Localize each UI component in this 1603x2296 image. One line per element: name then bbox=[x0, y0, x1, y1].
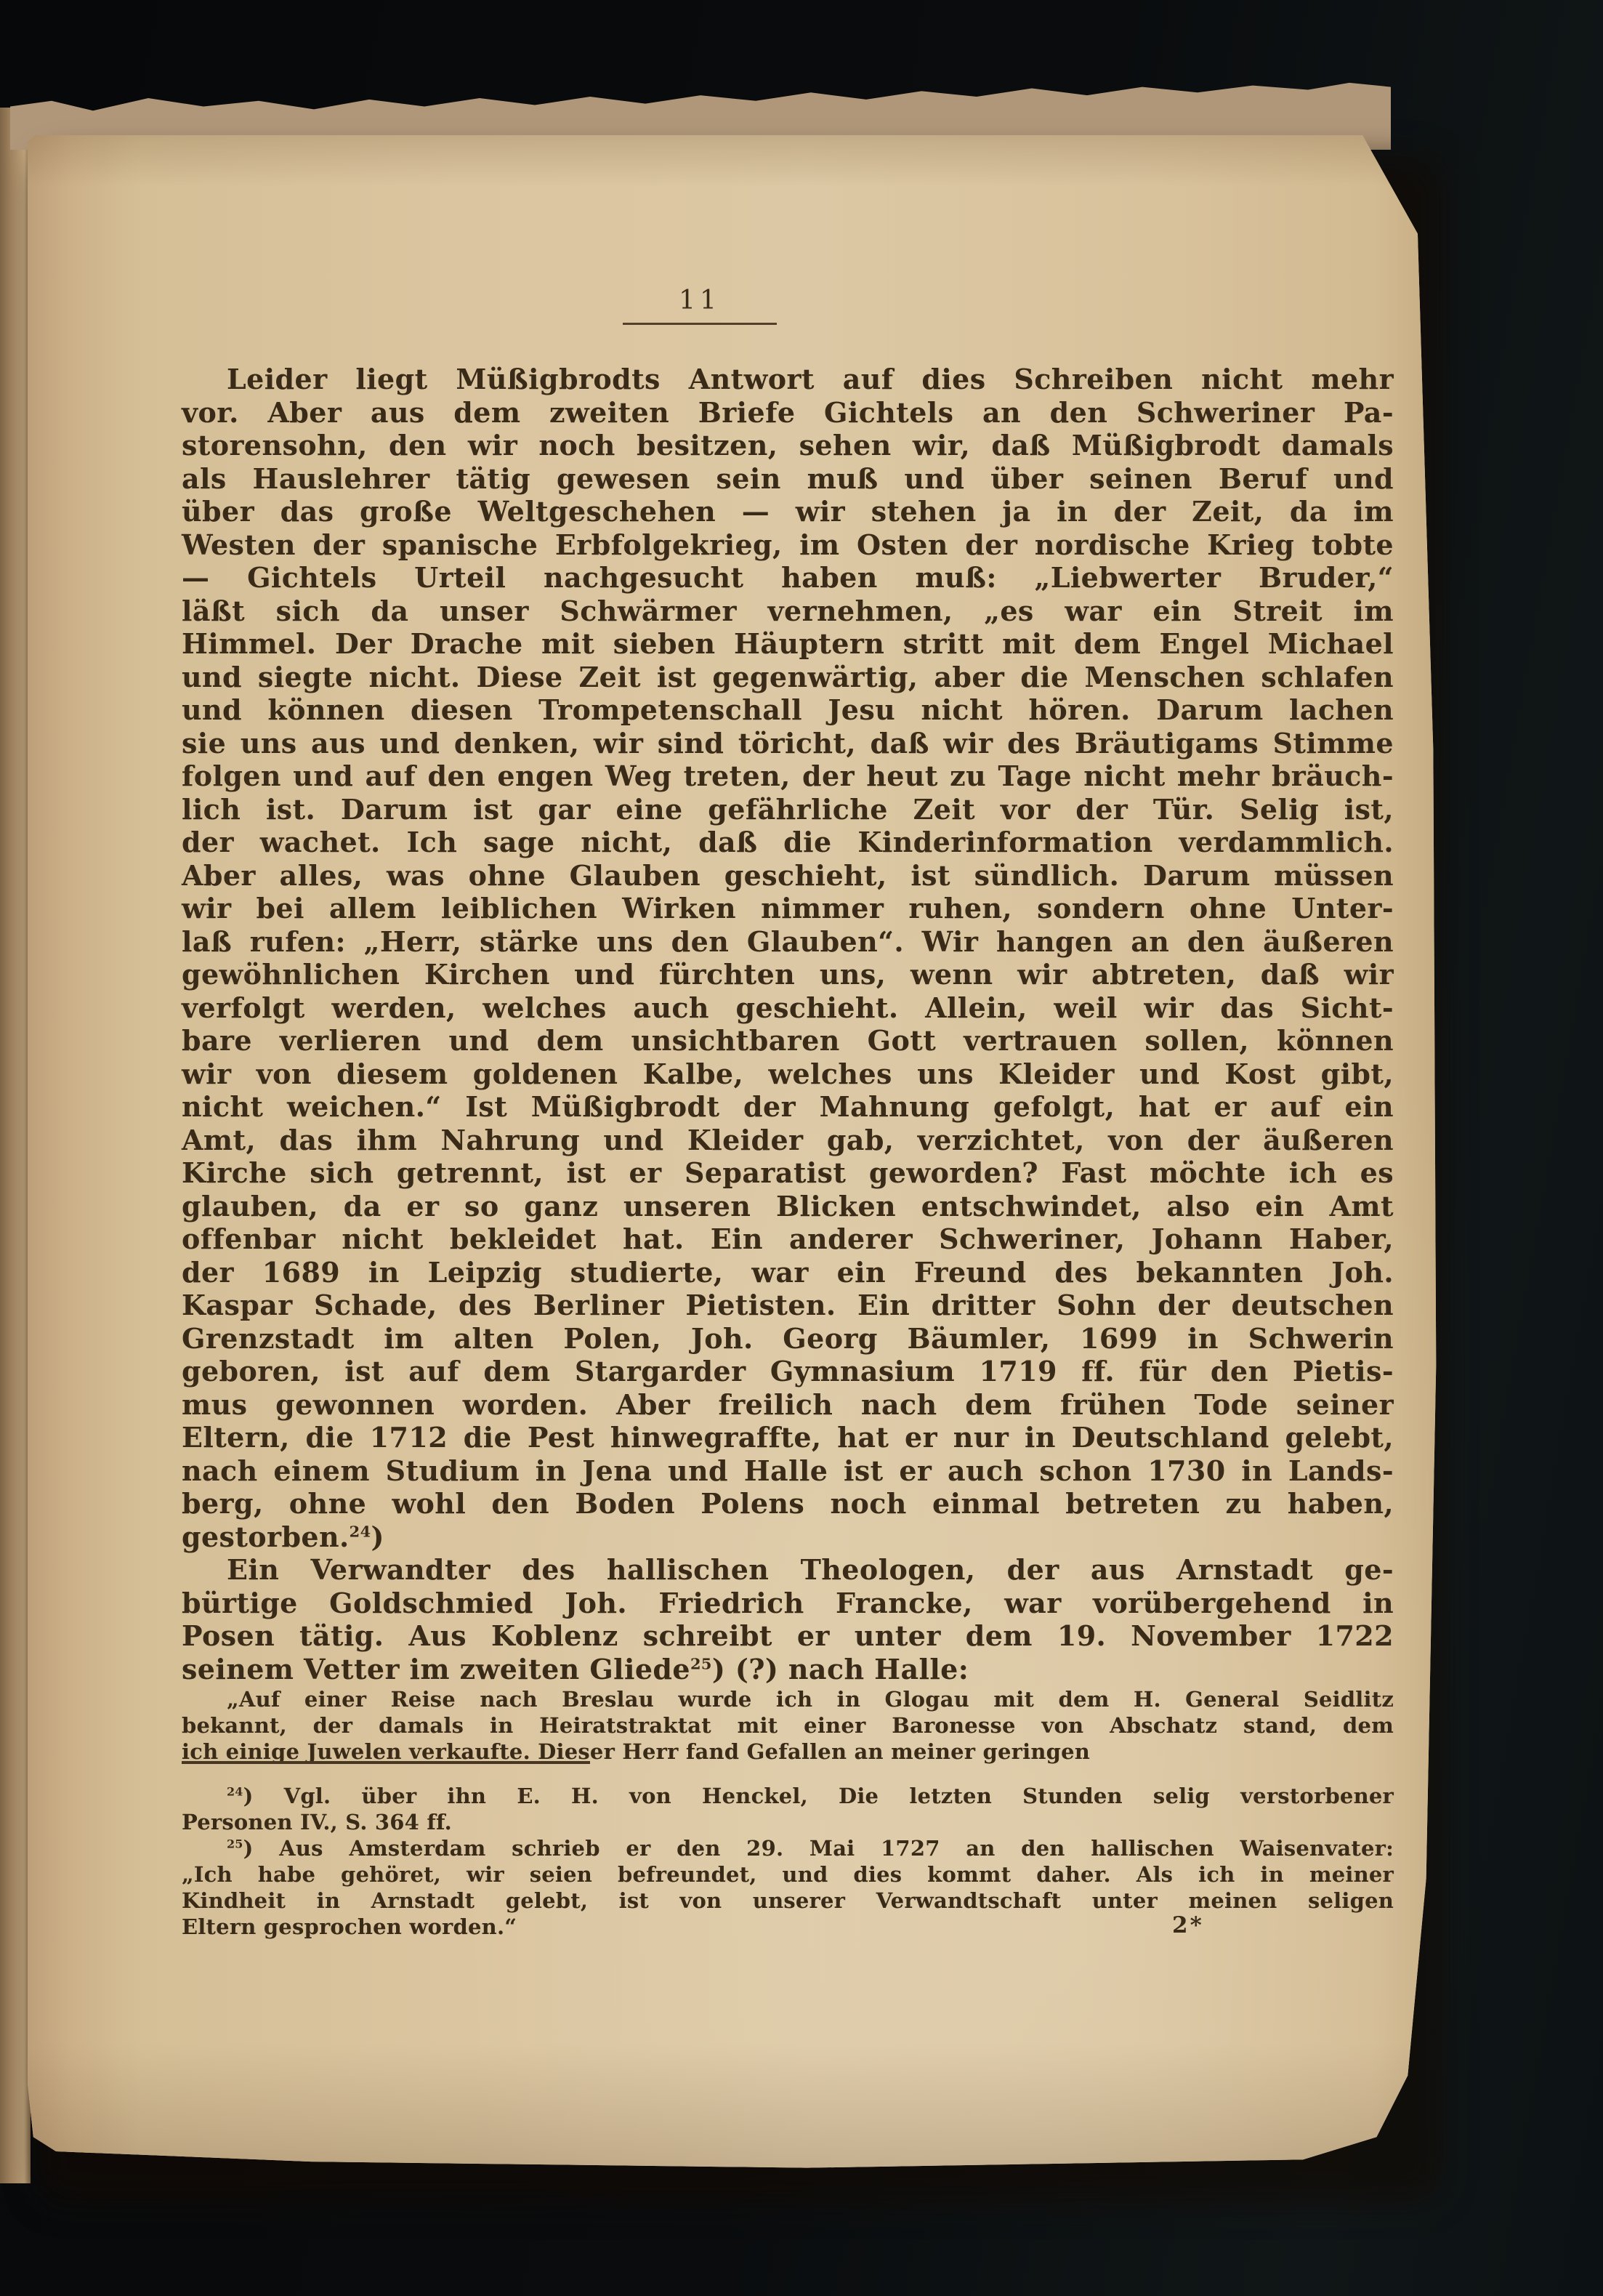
text-line: Eltern gesprochen worden.“ bbox=[182, 1914, 1394, 1940]
footnote-24: 24) Vgl. über ihn E. H. von Henckel, Die… bbox=[182, 1783, 1394, 1835]
text-line: glauben, da er so ganz unseren Blicken e… bbox=[182, 1190, 1394, 1223]
signature-mark: 2* bbox=[1172, 1912, 1204, 1938]
footnote-reference: 24 bbox=[227, 1784, 243, 1798]
text-line: lich ist. Darum ist gar eine gefährliche… bbox=[182, 793, 1394, 826]
footnote-reference: 25 bbox=[690, 1654, 712, 1672]
text-line: berg, ohne wohl den Boden Polens noch ei… bbox=[182, 1487, 1394, 1520]
text-line: „Auf einer Reise nach Breslau wurde ich … bbox=[182, 1686, 1394, 1712]
text-line: Posen tätig. Aus Koblenz schreibt er unt… bbox=[182, 1619, 1394, 1653]
text-line: Personen IV., S. 364 ff. bbox=[182, 1809, 1394, 1835]
footnote-reference: 25 bbox=[227, 1837, 243, 1850]
text-line: über das große Weltgeschehen — wir stehe… bbox=[182, 495, 1394, 528]
text-line: laß rufen: „Herr, stärke uns den Glauben… bbox=[182, 925, 1394, 959]
footnote-25: 25) Aus Amsterdam schrieb er den 29. Mai… bbox=[182, 1835, 1394, 1940]
footnote-separator bbox=[182, 1761, 590, 1764]
text-line: vor. Aber aus dem zweiten Briefe Gichtel… bbox=[182, 396, 1394, 430]
text-line: Westen der spanische Erbfolgekrieg, im O… bbox=[182, 528, 1394, 562]
page-number: 11 bbox=[623, 286, 777, 315]
text-line: 24) Vgl. über ihn E. H. von Henckel, Die… bbox=[182, 1783, 1394, 1809]
text-line: nicht weichen.“ Ist Müßigbrodt der Mahnu… bbox=[182, 1090, 1394, 1124]
text-line: nach einem Studium in Jena und Halle ist… bbox=[182, 1454, 1394, 1488]
text-line: storensohn, den wir noch besitzen, sehen… bbox=[182, 429, 1394, 462]
paragraph-2: Ein Verwandter des hallischen Theologen,… bbox=[182, 1553, 1394, 1685]
scan-background: 11 Leider liegt Müßigbrodts Antwort auf … bbox=[0, 0, 1603, 2296]
text-line: Grenzstadt im alten Polen, Joh. Georg Bä… bbox=[182, 1322, 1394, 1356]
text-line: seinem Vetter im zweiten Gliede25) (?) n… bbox=[182, 1653, 1394, 1686]
text-line: der 1689 in Leipzig studierte, war ein F… bbox=[182, 1256, 1394, 1289]
footnote-reference: 24 bbox=[350, 1522, 371, 1540]
text-line: 25) Aus Amsterdam schrieb er den 29. Mai… bbox=[182, 1835, 1394, 1861]
text-line: Leider liegt Müßigbrodts Antwort auf die… bbox=[182, 363, 1394, 396]
text-line: und siegte nicht. Diese Zeit ist gegenwä… bbox=[182, 661, 1394, 694]
text-line: und können diesen Trompetenschall Jesu n… bbox=[182, 693, 1394, 727]
text-line: Eltern, die 1712 die Pest hinwegraffte, … bbox=[182, 1421, 1394, 1454]
text-line: gewöhnlichen Kirchen und fürchten uns, w… bbox=[182, 958, 1394, 991]
block-quote: „Auf einer Reise nach Breslau wurde ich … bbox=[182, 1686, 1394, 1765]
text-line: Kirche sich getrennt, ist er Separatist … bbox=[182, 1156, 1394, 1190]
text-line: mus gewonnen worden. Aber freilich nach … bbox=[182, 1388, 1394, 1422]
text-line: wir bei allem leiblichen Wirken nimmer r… bbox=[182, 892, 1394, 925]
text-line: offenbar nicht bekleidet hat. Ein andere… bbox=[182, 1222, 1394, 1256]
text-line: — Gichtels Urteil nachgesucht haben muß:… bbox=[182, 561, 1394, 595]
text-line: der wachet. Ich sage nicht, daß die Kind… bbox=[182, 826, 1394, 859]
text-line: als Hauslehrer tätig gewesen sein muß un… bbox=[182, 462, 1394, 496]
text-line: läßt sich da unser Schwärmer vernehmen, … bbox=[182, 595, 1394, 628]
text-line: Ein Verwandter des hallischen Theologen,… bbox=[182, 1553, 1394, 1587]
text-line: bekannt, der damals in Heiratstraktat mi… bbox=[182, 1712, 1394, 1739]
text-line: Kaspar Schade, des Berliner Pietisten. E… bbox=[182, 1289, 1394, 1322]
text-line: sie uns aus und denken, wir sind töricht… bbox=[182, 727, 1394, 760]
text-line: Amt, das ihm Nahrung und Kleider gab, ve… bbox=[182, 1124, 1394, 1157]
text-line: folgen und auf den engen Weg treten, der… bbox=[182, 760, 1394, 793]
page-number-rule bbox=[623, 323, 777, 325]
text-line: Kindheit in Arnstadt gelebt, ist von uns… bbox=[182, 1888, 1394, 1914]
text-line: wir von diesem goldenen Kalbe, welches u… bbox=[182, 1058, 1394, 1091]
text-line: Aber alles, was ohne Glauben geschieht, … bbox=[182, 859, 1394, 893]
text-line: bare verlieren und dem unsichtbaren Gott… bbox=[182, 1024, 1394, 1058]
text-line: Himmel. Der Drache mit sieben Häuptern s… bbox=[182, 627, 1394, 661]
text-line: verfolgt werden, welches auch geschieht.… bbox=[182, 991, 1394, 1025]
text-line: bürtige Goldschmied Joh. Friedrich Franc… bbox=[182, 1587, 1394, 1620]
paragraph-1: Leider liegt Müßigbrodts Antwort auf die… bbox=[182, 363, 1394, 1553]
book-gutter-edge bbox=[0, 108, 31, 2183]
text-line: „Ich habe gehöret, wir seien befreundet,… bbox=[182, 1861, 1394, 1888]
text-line: gestorben.24) bbox=[182, 1520, 1394, 1554]
book-page: 11 Leider liegt Müßigbrodts Antwort auf … bbox=[28, 135, 1445, 2186]
text-line: geboren, ist auf dem Stargarder Gymnasiu… bbox=[182, 1355, 1394, 1388]
